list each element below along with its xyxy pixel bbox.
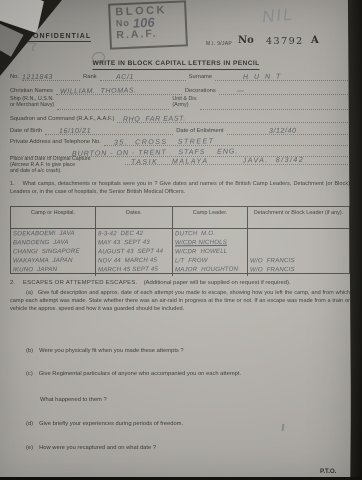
ship-label-line1: Ship (R.N., U.S.N. [10,96,54,102]
question-2c: (c)Give Regimental particulars of anyone… [26,371,350,377]
camps-table: Camp or Hospital. Dates. Camp Leader. De… [10,206,350,274]
surname-label: Surname [189,74,213,81]
form-row-capture: Place and Date of Original Capture (Airc… [10,156,348,176]
table-cell: IKUNO JAPAN [13,266,93,276]
table-column-dates: 8-3-42 DEC 42 MAY 43 SEPT 43 AUGUST 43 S… [96,229,173,276]
date-of-enlistment-label: Date of Enlistment [176,128,223,135]
question-2a-text: Give full description and approx. date o… [10,290,350,312]
ship-label-line2: or Merchant Navy) [10,102,54,108]
serial-number: 43792 [266,36,304,47]
question-2c-followup: What happened to them ? [40,397,107,403]
section-2-note: (Additional paper will be supplied on re… [144,280,291,286]
section-2-title: ESCAPES OR ATTEMPTED ESCAPES. [23,280,138,286]
unit-label-line1: Unit & Div. [172,96,197,102]
form-row-names: Christian Names WILLIAM. THOMAS. Decorat… [10,84,348,95]
block-capitals-instruction: WRITE IN BLOCK CAPITAL LETTERS IN PENCIL [92,60,259,70]
table-cell: W/O FRANCIS [250,266,347,276]
question-2c-tag: (c) [26,371,33,377]
unit-label-line2: (Army) [172,102,188,108]
series-letter: A [311,35,319,46]
table-column-leader: DUTCH M.O. W/CDR NICHOLS W/CDR HOWELL L/… [173,229,248,276]
form-content: CONFIDENTIAL BLOCK No106 R.A.F. M.I. 9/J… [0,0,362,480]
question-2d-tag: (d) [26,421,33,427]
decorations-value: — [219,88,245,95]
service-no-label: No. [10,74,19,81]
rank-label: Rank [83,74,97,81]
squadron-value: RHQ FAR EAST. [117,116,186,124]
decorations-label: Decorations [185,88,216,95]
question-2b-text: Were you physically fit when you made th… [39,348,184,354]
nil-annotation: NIL [261,4,295,27]
form-reference: M.I. 9/JAP [206,41,232,47]
table-header-camp: Camp or Hospital. [11,207,96,229]
table-cell: MAJOR HOUGHTON [175,266,245,276]
block-number-stamp: BLOCK No106 R.A.F. [108,0,188,49]
question-2b: (b)Were you physically fit when you made… [26,348,350,354]
form-row-dates: Date of Birth 16/10/21 Date of Enlistmen… [10,124,348,135]
table-header-leader: Camp Leader. [173,207,248,229]
form-row-address: Private Address and Telephone No. 35. CR… [10,135,348,146]
surname-value: H U N T [215,74,282,82]
question-1-text: What camps, detachments or hospitals wer… [10,181,350,195]
table-column-camp: SOEKABOEMI JAVA BANDOENG JAVA CHANGI SIN… [11,229,96,276]
question-2c-text: Give Regimental particulars of anyone wh… [39,371,241,377]
question-1: 1.What camps, detachments or hospitals w… [10,180,350,196]
serial-no-label: No [238,35,254,46]
date-of-birth-label: Date of Birth [10,128,42,135]
question-2e-text: How were you recaptured and on what date… [39,445,156,451]
question-2a-tag: (a) [26,290,33,296]
capture-label-line2: (Aircrew R.A.F. to give place [10,162,75,168]
page-turn-over-note: P.T.O. [320,468,336,475]
question-2a: (a)Give full description and approx. dat… [10,290,350,313]
form-row-ship-unit: Ship (R.N., U.S.N. or Merchant Navy) Uni… [10,96,348,110]
capture-label-line1: Place and Date of Original Capture [10,156,90,162]
christian-names-label: Christian Names [10,88,53,95]
section-2-heading: 2.ESCAPES OR ATTEMPTED ESCAPES.(Addition… [10,280,350,286]
stamp-no-label: No [116,18,130,29]
table-header-dates: Dates. [96,207,173,229]
question-1-number: 1. [10,181,15,187]
form-row-squadron: Squadron and Command (R.A.F., A.A.F.) RH… [10,112,348,123]
table-cell: MARCH 45 SEPT 45 [98,266,170,276]
form-row-identity: No. 1211843 Rank AC/1 Surname H U N T [10,70,348,81]
table-header-detachment: Detachment or Block Leader (if any). [248,207,349,229]
photographed-document: CONFIDENTIAL BLOCK No106 R.A.F. M.I. 9/J… [0,0,362,480]
rank-value: AC/1 [100,74,134,81]
section-2-number: 2. [10,280,15,286]
question-2e-tag: (e) [26,445,33,451]
christian-names-value: WILLIAM. THOMAS. [56,87,137,95]
capture-label-line3: and date of a/c crash). [10,168,62,174]
question-2d: (d)Give briefly your experiences during … [26,421,350,427]
stamp-line-raf: R.A.F. [116,27,180,42]
pencil-tick-mark [282,424,285,431]
address-label: Private Address and Telephone No. [10,139,101,146]
question-2b-tag: (b) [26,348,33,354]
table-column-detachment: W/O FRANCIS W/O FRANCIS [248,229,349,276]
question-2d-text: Give briefly your experiences during per… [39,421,183,427]
capture-value: TASIK MALAYA JAVA. 8/3/42 [125,157,304,167]
service-no-value: 1211843 [22,74,53,81]
question-2e: (e)How were you recaptured and on what d… [26,445,350,451]
squadron-label: Squadron and Command (R.A.F., A.A.F.) [10,116,114,123]
